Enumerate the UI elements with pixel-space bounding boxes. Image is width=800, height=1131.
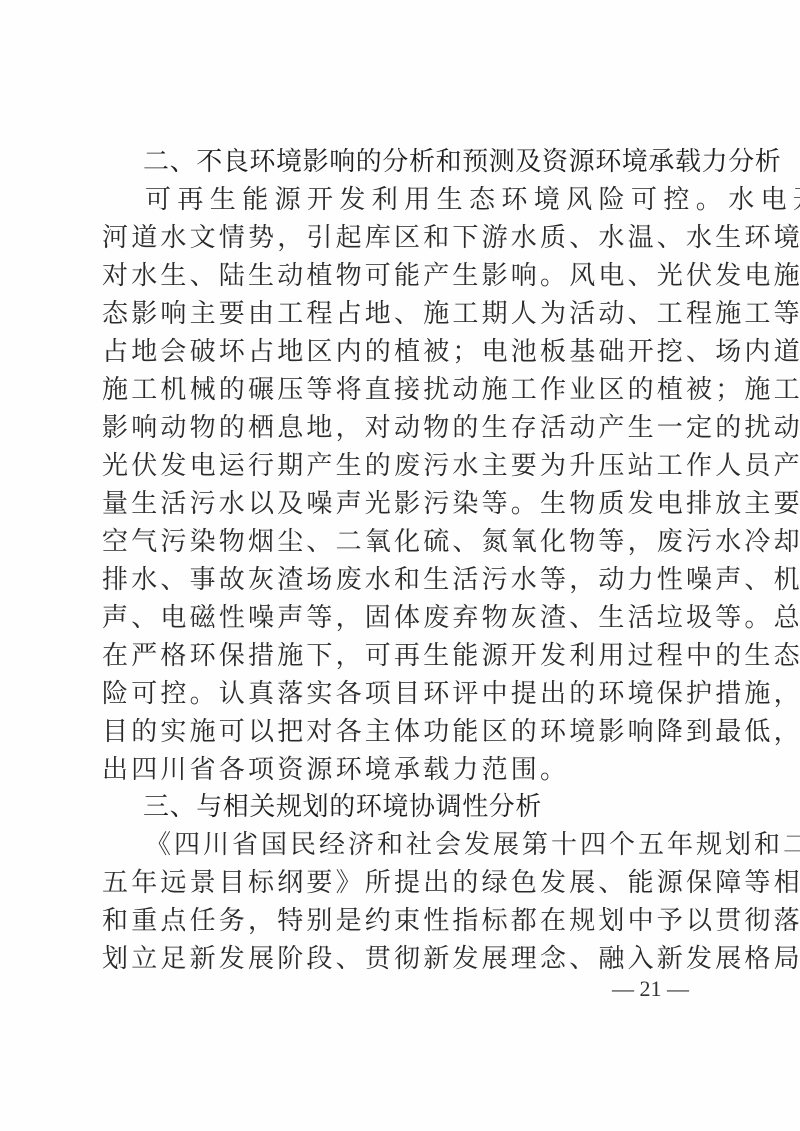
paragraph-line: 划立足新发展阶段、贯彻新发展理念、融入新发展格局，深入 — [102, 940, 702, 978]
page-number: — 21 — — [612, 974, 689, 1004]
section-heading-3: 三、与相关规划的环境协调性分析 — [143, 788, 542, 826]
paragraph-line: 险可控。认真落实各项目环评中提出的环境保护措施，规划项 — [102, 675, 702, 713]
paragraph-line: 声、电磁性噪声等，固体废弃物灰渣、生活垃圾等。总体来说， — [102, 599, 702, 637]
section-heading-2: 二、不良环境影响的分析和预测及资源环境承载力分析 — [143, 143, 781, 181]
paragraph-line: 和重点任务，特别是约束性指标都在规划中予以贯彻落实。规 — [102, 902, 702, 940]
paragraph-line: 《四川省国民经济和社会发展第十四个五年规划和二〇三 — [145, 826, 705, 864]
paragraph-line: 对水生、陆生动植物可能产生影响。风电、光伏发电施工期生 — [102, 257, 702, 295]
paragraph-line: 占地会破坏占地区内的植被；电池板基础开挖、场内道路开挖， — [102, 333, 702, 371]
paragraph-line: 态影响主要由工程占地、施工期人为活动、工程施工等造成， — [102, 295, 702, 333]
paragraph-line: 空气污染物烟尘、二氧化硫、氮氧化物等，废污水冷却水系统 — [102, 523, 702, 561]
paragraph-line: 施工机械的碾压等将直接扰动施工作业区的植被；施工活动会 — [102, 371, 702, 409]
paragraph-line: 出四川省各项资源环境承载力范围。 — [102, 751, 702, 789]
paragraph-line: 量生活污水以及噪声光影污染等。生物质发电排放主要有环境 — [102, 485, 702, 523]
paragraph-line: 影响动物的栖息地，对动物的生存活动产生一定的扰动；风电、 — [102, 409, 702, 447]
paragraph-line: 可再生能源开发利用生态环境风险可控。水电开发会改变 — [145, 181, 705, 219]
paragraph-line: 河道水文情势，引起库区和下游水质、水温、水生环境变化， — [102, 219, 702, 257]
paragraph-line: 排水、事故灰渣场废水和生活污水等，动力性噪声、机械性噪 — [102, 561, 702, 599]
paragraph-line: 光伏发电运行期产生的废污水主要为升压站工作人员产生的少 — [102, 447, 702, 485]
paragraph-line: 在严格环保措施下，可再生能源开发利用过程中的生态环境风 — [102, 637, 702, 675]
document-page: 二、不良环境影响的分析和预测及资源环境承载力分析 可再生能源开发利用生态环境风险… — [0, 0, 800, 1131]
paragraph-line: 目的实施可以把对各主体功能区的环境影响降到最低，不会超 — [102, 713, 702, 751]
paragraph-line: 五年远景目标纲要》所提出的绿色发展、能源保障等相关目标 — [102, 864, 702, 902]
